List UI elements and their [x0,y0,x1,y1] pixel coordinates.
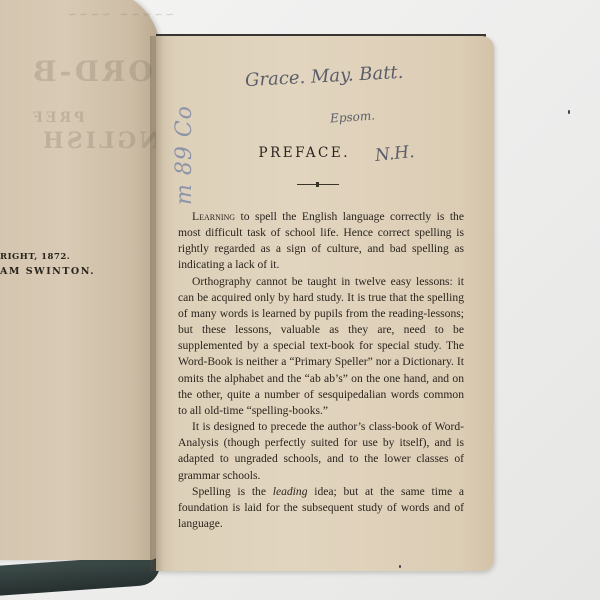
paragraph: Spelling is the leading idea; but at the… [178,484,464,532]
paragraph-text: Spelling is the [192,485,273,498]
dust-speck [568,110,570,114]
italic-word: leading [273,485,308,498]
lead-word: Learning [192,210,235,223]
copyright-line: RIGHT, 1872. [0,252,70,262]
left-page: ~~~~~ ~~~~ WORD-B PREF ENGLISH RIGHT, 18… [0,0,160,560]
paragraph: Learning to spell the English language c… [178,209,464,274]
show-through-text: PREF [30,110,85,126]
paragraph: It is designed to precede the author’s c… [178,419,464,484]
ornamental-rule-dot [316,182,319,187]
page-heading: PREFACE. [0,145,600,161]
show-through-text: ~~~~~ ~~~~ [65,10,174,21]
author-line: AM SWINTON. [0,266,95,277]
preface-body: Learning to spell the English language c… [178,209,464,532]
paragraph: Orthography cannot be taught in twelve e… [178,274,464,419]
preface-heading: PREFACE. [259,145,479,161]
book-cover-edge [0,554,160,595]
spine-shadow [150,36,164,571]
dust-speck [399,565,401,568]
